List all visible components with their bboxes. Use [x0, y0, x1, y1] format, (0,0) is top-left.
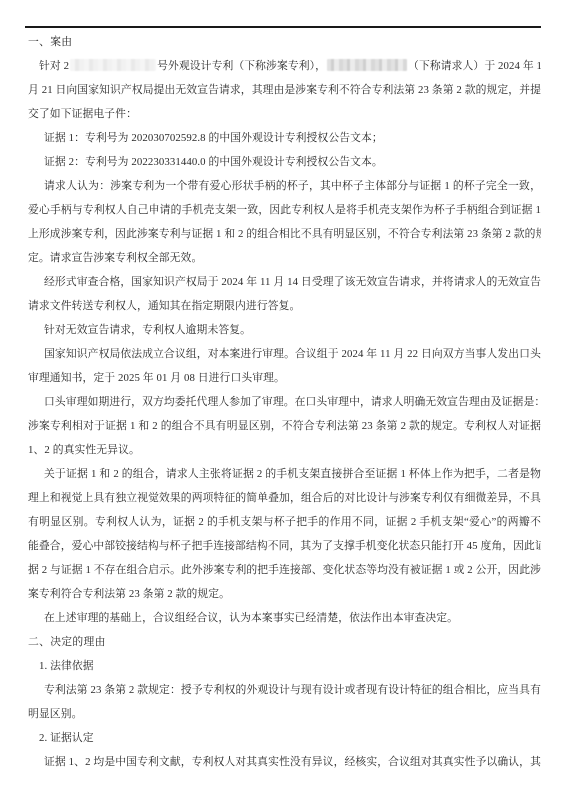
- header-divider-rule: [25, 26, 541, 28]
- subhead-evidence-finding-line-1: 2. 证据认定: [28, 726, 541, 750]
- para-oral-hearing: 口头审理如期进行，双方均委托代理人参加了审理。在口头审理中，请求人明确无效宣告理…: [28, 390, 541, 462]
- text-run: 国家知识产权局依法成立合议组，对本案进行审理。合议组于 2024 年 11 月 …: [44, 348, 541, 360]
- para-conclusion-line-1: 在上述审理的基础上，合议组经合议，认为本案事实已经清楚，依法作出本审查决定。: [28, 606, 541, 630]
- text-run: 经形式审查合格，国家知识产权局于 2024 年 11 月 14 日受理了该无效宣…: [44, 276, 541, 288]
- para-formal-acceptance-line-1: 经形式审查合格，国家知识产权局于 2024 年 11 月 14 日受理了该无效宣…: [28, 270, 541, 294]
- para-evidence-2: 证据 2：专利号为 202230331440.0 的中国外观设计专利授权公告文本…: [28, 150, 541, 174]
- para-law-article: 专利法第 23 条第 2 款规定：授予专利权的外观设计与现有设计或者现有设计特征…: [28, 678, 541, 726]
- para-request-filing-line-2: 月 21 日向国家知识产权局提出无效宣告请求，其理由是涉案专利不符合专利法第 2…: [28, 78, 541, 102]
- para-petitioner-opinion-line-2: 爱心手柄与专利权人自己申请的手机壳支架一致，因此专利权人是将手机壳支架作为杯子手…: [28, 198, 541, 222]
- para-oral-hearing-line-2: 涉案专利相对于证据 1 和 2 的组合不具有明显区别，不符合专利法第 23 条第…: [28, 414, 541, 438]
- para-no-reply: 针对无效宣告请求，专利权人逾期未答复。: [28, 318, 541, 342]
- text-run: 证据 1、2 均是中国专利文献，专利权人对其真实性没有异议，经核实，合议组对其真…: [44, 756, 541, 768]
- text-run: 一、案由: [28, 36, 72, 48]
- para-petitioner-opinion-line-3: 上形成涉案专利，因此涉案专利与证据 1 和 2 的组合相比不具有明显区别，不符合…: [28, 222, 541, 246]
- text-run: 证据 1：专利号为 202030702592.8 的中国外观设计专利授权公告文本…: [44, 132, 383, 144]
- text-run: 针对 2: [39, 60, 69, 72]
- section-1-heading: 一、案由: [28, 30, 541, 54]
- para-combination-arguments-line-4: 能叠合，爱心中部铰接结构与杯子把手连接部结构不同，其为了支撑手机变化状态只能打开…: [28, 534, 541, 558]
- text-run: 月 21 日向国家知识产权局提出无效宣告请求，其理由是涉案专利不符合专利法第 2…: [28, 84, 541, 96]
- text-run: 有明显区别。专利权人认为，证据 2 的手机支架与杯子把手的作用不同，证据 2 手…: [28, 516, 541, 528]
- para-combination-arguments-line-1: 关于证据 1 和 2 的组合，请求人主张将证据 2 的手机支架直接拼合至证据 1…: [28, 462, 541, 486]
- text-run: 证据 2：专利号为 202230331440.0 的中国外观设计专利授权公告文本…: [44, 156, 383, 168]
- para-combination-arguments-line-5: 据 2 与证据 1 不存在组合启示。此外涉案专利的把手连接部、变化状态等均没有被…: [28, 558, 541, 582]
- para-combination-arguments-line-6: 案专利符合专利法第 23 条第 2 款的规定。: [28, 582, 541, 606]
- document-page: 一、案由针对 2号外观设计专利（下称涉案专利），（下称请求人）于 2024 年 …: [0, 0, 566, 808]
- text-run: 理上和视觉上具有独立视觉效果的两项特征的简单叠加，组合后的对比设计与涉案专利仅有…: [28, 492, 541, 504]
- text-run: 据 2 与证据 1 不存在组合启示。此外涉案专利的把手连接部、变化状态等均没有被…: [28, 564, 541, 576]
- text-run: 爱心手柄与专利权人自己申请的手机壳支架一致，因此专利权人是将手机壳支架作为杯子手…: [28, 204, 541, 216]
- document-body: 一、案由针对 2号外观设计专利（下称涉案专利），（下称请求人）于 2024 年 …: [28, 30, 541, 774]
- para-panel-formed-line-2: 审理通知书，定于 2025 年 01 月 08 日进行口头审理。: [28, 366, 541, 390]
- text-run: 在上述审理的基础上，合议组经合议，认为本案事实已经清楚，依法作出本审查决定。: [44, 612, 458, 624]
- text-run: 涉案专利相对于证据 1 和 2 的组合不具有明显区别，不符合专利法第 23 条第…: [28, 420, 541, 432]
- text-run: 上形成涉案专利，因此涉案专利与证据 1 和 2 的组合相比不具有明显区别，不符合…: [28, 228, 541, 240]
- text-run: 审理通知书，定于 2025 年 01 月 08 日进行口头审理。: [28, 372, 285, 384]
- subhead-legal-basis-line-1: 1. 法律依据: [28, 654, 541, 678]
- text-run: 关于证据 1 和 2 的组合，请求人主张将证据 2 的手机支架直接拼合至证据 1…: [44, 468, 541, 480]
- text-run: 定。请求宣告涉案专利权全部无效。: [28, 252, 202, 264]
- text-run: 号外观设计专利（下称涉案专利），: [157, 60, 326, 72]
- para-law-article-line-2: 明显区别。: [28, 702, 541, 726]
- text-run: 明显区别。: [28, 708, 82, 720]
- redacted-petitioner-name: [327, 59, 407, 71]
- text-run: 专利法第 23 条第 2 款规定：授予专利权的外观设计与现有设计或者现有设计特征…: [44, 684, 541, 696]
- para-law-article-line-1: 专利法第 23 条第 2 款规定：授予专利权的外观设计与现有设计或者现有设计特征…: [28, 678, 541, 702]
- para-oral-hearing-line-1: 口头审理如期进行，双方均委托代理人参加了审理。在口头审理中，请求人明确无效宣告理…: [28, 390, 541, 414]
- para-request-filing-line-1: 针对 2号外观设计专利（下称涉案专利），（下称请求人）于 2024 年 10: [28, 54, 541, 78]
- para-panel-formed: 国家知识产权局依法成立合议组，对本案进行审理。合议组于 2024 年 11 月 …: [28, 342, 541, 390]
- para-no-reply-line-1: 针对无效宣告请求，专利权人逾期未答复。: [28, 318, 541, 342]
- text-run: 请求人认为：涉案专利为一个带有爱心形状手柄的杯子，其中杯子主体部分与证据 1 的…: [44, 180, 541, 192]
- text-run: 能叠合，爱心中部铰接结构与杯子把手连接部结构不同，其为了支撑手机变化状态只能打开…: [28, 540, 541, 552]
- text-run: 口头审理如期进行，双方均委托代理人参加了审理。在口头审理中，请求人明确无效宣告理…: [44, 396, 541, 408]
- para-evidence-1-line-1: 证据 1：专利号为 202030702592.8 的中国外观设计专利授权公告文本…: [28, 126, 541, 150]
- subhead-evidence-finding: 2. 证据认定: [28, 726, 541, 750]
- text-run: 1. 法律依据: [39, 660, 94, 672]
- para-formal-acceptance-line-2: 请求文件转送专利权人，通知其在指定期限内进行答复。: [28, 294, 541, 318]
- text-run: （下称请求人）于 2024 年 10: [408, 60, 541, 72]
- para-evidence-authenticity: 证据 1、2 均是中国专利文献，专利权人对其真实性没有异议，经核实，合议组对其真…: [28, 750, 541, 774]
- para-evidence-2-line-1: 证据 2：专利号为 202230331440.0 的中国外观设计专利授权公告文本…: [28, 150, 541, 174]
- para-petitioner-opinion-line-4: 定。请求宣告涉案专利权全部无效。: [28, 246, 541, 270]
- section-2-heading: 二、决定的理由: [28, 630, 541, 654]
- text-run: 二、决定的理由: [28, 636, 106, 648]
- text-run: 1、2 的真实性无异议。: [28, 444, 140, 456]
- para-formal-acceptance: 经形式审查合格，国家知识产权局于 2024 年 11 月 14 日受理了该无效宣…: [28, 270, 541, 318]
- para-evidence-authenticity-line-1: 证据 1、2 均是中国专利文献，专利权人对其真实性没有异议，经核实，合议组对其真…: [28, 750, 541, 774]
- text-run: 2. 证据认定: [39, 732, 94, 744]
- para-combination-arguments-line-3: 有明显区别。专利权人认为，证据 2 的手机支架与杯子把手的作用不同，证据 2 手…: [28, 510, 541, 534]
- para-oral-hearing-line-3: 1、2 的真实性无异议。: [28, 438, 541, 462]
- para-panel-formed-line-1: 国家知识产权局依法成立合议组，对本案进行审理。合议组于 2024 年 11 月 …: [28, 342, 541, 366]
- redacted-patent-number: [70, 59, 156, 71]
- para-combination-arguments-line-2: 理上和视觉上具有独立视觉效果的两项特征的简单叠加，组合后的对比设计与涉案专利仅有…: [28, 486, 541, 510]
- text-run: 交了如下证据电子件：: [28, 108, 137, 120]
- para-conclusion: 在上述审理的基础上，合议组经合议，认为本案事实已经清楚，依法作出本审查决定。: [28, 606, 541, 630]
- text-run: 请求文件转送专利权人，通知其在指定期限内进行答复。: [28, 300, 300, 312]
- para-combination-arguments: 关于证据 1 和 2 的组合，请求人主张将证据 2 的手机支架直接拼合至证据 1…: [28, 462, 541, 606]
- para-request-filing-line-3: 交了如下证据电子件：: [28, 102, 541, 126]
- para-evidence-1: 证据 1：专利号为 202030702592.8 的中国外观设计专利授权公告文本…: [28, 126, 541, 150]
- para-petitioner-opinion: 请求人认为：涉案专利为一个带有爱心形状手柄的杯子，其中杯子主体部分与证据 1 的…: [28, 174, 541, 270]
- section-2-heading-line-1: 二、决定的理由: [28, 630, 541, 654]
- text-run: 针对无效宣告请求，专利权人逾期未答复。: [44, 324, 251, 336]
- para-petitioner-opinion-line-1: 请求人认为：涉案专利为一个带有爱心形状手柄的杯子，其中杯子主体部分与证据 1 的…: [28, 174, 541, 198]
- para-request-filing: 针对 2号外观设计专利（下称涉案专利），（下称请求人）于 2024 年 10月 …: [28, 54, 541, 126]
- section-1-heading-line-1: 一、案由: [28, 30, 541, 54]
- text-run: 案专利符合专利法第 23 条第 2 款的规定。: [28, 588, 230, 600]
- subhead-legal-basis: 1. 法律依据: [28, 654, 541, 678]
